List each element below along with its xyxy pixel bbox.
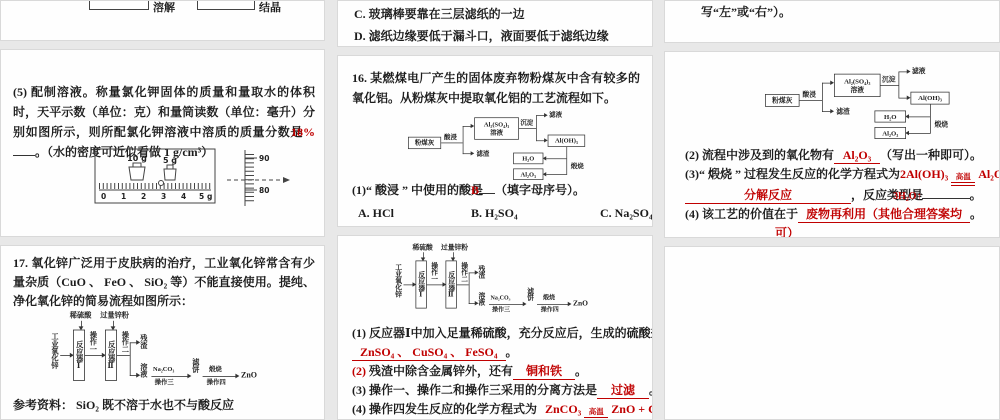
flow-line xyxy=(203,376,237,377)
q16-sub3-equation: 2Al(OH)₃高温Al₂O₃ + xyxy=(900,167,1000,181)
flow16-aloh-box: Al(OH)₃ xyxy=(911,92,950,105)
q16-sub3-overlap: 3H₂O↑ xyxy=(893,191,922,202)
q16-option-b: B. H₂SO₄ xyxy=(471,204,518,223)
weight-10g-knob xyxy=(133,163,141,167)
flow17-op2: 操作二 xyxy=(461,262,468,282)
slide-left-top: 溶解 结晶 xyxy=(0,0,325,41)
flow-line xyxy=(463,126,464,154)
q17-sub2-text: 残渣中除含金属锌外，还有 xyxy=(366,364,513,378)
meniscus-arrowhead xyxy=(283,177,290,183)
flow17-op3: 操作三 xyxy=(492,307,510,313)
flow17-op1: 操作一 xyxy=(89,331,96,353)
weight-10g-body xyxy=(129,167,145,180)
flow17-diagram: 稀硫酸 过量锌粉 工业氧化锌 反应器Ⅰ 操作一 反应器Ⅱ 操作二 残渣 溶液 N… xyxy=(49,312,297,392)
q17-sub1-answer: ZnSO₄ 、 CuSO₄ 、 FeSO₄ xyxy=(352,345,506,361)
flow16-residue: 滤渣 xyxy=(836,108,850,115)
flow17-reactor1: 反应器Ⅰ xyxy=(73,330,85,381)
q17-sub3: (3) 操作一、操作二和操作三采用的分离方法是过滤。 xyxy=(352,381,653,400)
flow-line xyxy=(546,174,566,175)
q16-sub4-answer2: 可） xyxy=(775,226,799,238)
reaction-condition: 高温 xyxy=(584,408,608,420)
arrowhead-right xyxy=(523,302,527,307)
q17-sub3-end: 。 xyxy=(649,383,653,397)
flow17-input: 工业氧化锌 xyxy=(395,264,402,298)
q16-sub2: (2) 流程中涉及到的氧化物有Al₂O₃（写出一种即可）。 xyxy=(685,146,982,165)
flow16-diagram: 粉煤灰 酸浸 滤渣 Al₂(SO₄)₃ 溶液 沉淀 滤液 Al(OH)₃ H₂O… xyxy=(408,108,631,180)
flow16-sol-line1: Al₂(SO₄)₃ xyxy=(844,77,870,85)
flow16-sol-line2: 溶液 xyxy=(490,129,503,137)
ruler-0: 0 xyxy=(101,192,106,201)
question-17: 17. 氧化锌广泛用于皮肤病的治疗，工业氧化锌常含有少量杂质（CuO 、 FeO… xyxy=(13,254,315,311)
arrowhead-right xyxy=(568,302,572,307)
flow16-leach: 酸浸 xyxy=(444,134,457,140)
flow-line xyxy=(117,355,130,356)
ruler-unit: g xyxy=(207,192,212,201)
flow-box-cut-2 xyxy=(197,0,255,10)
q17-sub1-line1: (1) 反应器Ⅰ中加入足量稀硫酸，充分反应后，生成的硫酸盐的化学式为 xyxy=(352,324,653,343)
flow16-calcine: 煅烧 xyxy=(571,163,584,169)
ruler-1: 1 xyxy=(121,192,126,201)
flow-line xyxy=(427,285,444,286)
flow-line xyxy=(881,85,899,86)
flow17-op4: 操作四 xyxy=(541,307,559,313)
arrowhead-right xyxy=(187,374,191,379)
q17-sub2-num: (2) xyxy=(352,364,366,378)
flow17-residue: 残渣 xyxy=(139,334,146,348)
q16-sub2-tail: （写出一种即可）。 xyxy=(880,148,982,162)
flow17-reagent: Na₂CO₃ xyxy=(153,366,174,372)
flow-line xyxy=(151,376,188,377)
slide-right-bottom xyxy=(664,246,1000,420)
flow17-reactor2: 反应器Ⅱ xyxy=(446,261,457,309)
q16-sub3-line2: 分解反应，反应类型是3H₂O↑。 xyxy=(685,185,982,206)
q5-blank xyxy=(13,142,35,156)
flow-line xyxy=(899,72,900,99)
q16-sub3-blank xyxy=(922,185,970,199)
flow16-precip: 沉淀 xyxy=(882,76,896,83)
flow16-input: 粉煤灰 xyxy=(408,137,441,149)
flow16-filtrate: 滤液 xyxy=(912,68,926,75)
flow17-label-zinc: 过量锌粉 xyxy=(441,244,468,251)
flow17-residue: 残渣 xyxy=(478,265,485,279)
flow16-sol-line2: 溶液 xyxy=(850,85,864,93)
flow17-op2: 操作二 xyxy=(121,331,128,353)
flow16-filtrate: 滤液 xyxy=(549,112,562,118)
ruler-3: 3 xyxy=(161,192,166,201)
flow17-label-acid: 稀硫酸 xyxy=(70,312,92,319)
q16-sub3-answer2: 分解反应 xyxy=(685,188,851,204)
q16-sub1: (1)“ 酸浸 ” 中使用的酸是B（填字母序号）。 xyxy=(352,180,585,200)
flow17-cake: 滤饼 xyxy=(191,358,198,372)
flow17-product: ZnO xyxy=(573,300,588,308)
q16-sub1-answer: B xyxy=(471,183,479,197)
q5-text: (5) 配制溶液。称量氯化钾固体的质量和量取水的体积时，天平示数（单位：克）和量… xyxy=(13,85,315,139)
reference-note: 参考资料： SiO₂ 既不溶于水也不与酸反应 xyxy=(13,396,234,415)
flow17-op1: 操作一 xyxy=(431,262,438,282)
flow-line xyxy=(566,147,567,175)
arrowhead-right xyxy=(544,113,548,117)
q16-sub4-line1: (4) 该工艺的价值在于废物再利用（其他合理答案均。 xyxy=(685,205,982,224)
flow17-reagent: Na₂CO₃ xyxy=(491,295,511,301)
flow-line xyxy=(822,83,823,112)
q17-sub1-end: 。 xyxy=(506,345,518,359)
flow16-diagram-2: 粉煤灰 酸浸 滤渣 Al₂(SO₄)₃ 溶液 沉淀 滤液 Al(OH)₃ H₂O… xyxy=(765,64,998,139)
previous-question-tail: 写“左”或“右”）。 xyxy=(701,3,791,22)
flow17-input: 工业氧化锌 xyxy=(51,333,58,369)
q16-sub4-text: (4) 该工艺的价值在于 xyxy=(685,207,798,221)
q17-sub4: (4) 操作四发生反应的化学方程式为ZnCO₃高温ZnO + CO₂↑。 xyxy=(352,400,653,420)
q5-answer: 18% xyxy=(291,125,315,139)
equation-left: 2Al(OH)₃ xyxy=(900,167,948,181)
flow-box-cut-1 xyxy=(89,0,149,10)
slide-right-middle: 粉煤灰 酸浸 滤渣 Al₂(SO₄)₃ 溶液 沉淀 滤液 Al(OH)₃ H₂O… xyxy=(664,51,1000,238)
option-d: D. 滤纸边缘要低于漏斗口，液面要低于滤纸边缘 xyxy=(354,27,609,46)
ruler-2: 2 xyxy=(141,192,146,201)
flow-line xyxy=(130,342,131,376)
flow-line xyxy=(909,133,930,134)
flow17-label-zinc: 过量锌粉 xyxy=(100,312,129,319)
flow17-solution: 溶液 xyxy=(478,292,485,306)
flow17-op3: 操作三 xyxy=(155,379,174,385)
flow17-reactor2: 反应器Ⅱ xyxy=(105,330,117,381)
q16-sub3-end: 。 xyxy=(970,188,982,202)
q17-sub4-text: (4) 操作四发生反应的化学方程式为 xyxy=(352,402,537,416)
rider-marker xyxy=(159,181,164,186)
slide-left-bottom: 17. 氧化锌广泛用于皮肤病的治疗，工业氧化锌常含有少量杂质（CuO 、 FeO… xyxy=(0,245,325,420)
q17-sub4-answer: ZnCO₃高温ZnO + CO₂↑ xyxy=(537,402,653,420)
arrowhead-right xyxy=(471,151,475,155)
cylinder-80-label: 80 xyxy=(259,186,269,195)
q17-sub3-text: (3) 操作一、操作二和操作三采用的分离方法是 xyxy=(352,383,597,397)
flow-line xyxy=(909,117,930,118)
slide-left-middle: (5) 配制溶液。称量氯化钾固体的质量和量取水的体积时，天平示数（单位：克）和量… xyxy=(0,49,325,237)
flow-line xyxy=(85,355,103,356)
arrowhead-right xyxy=(235,374,239,379)
ruler-4: 4 xyxy=(181,192,186,201)
flow16-residue: 滤渣 xyxy=(476,150,489,156)
q17-sub2-end: 。 xyxy=(575,364,587,378)
q17-sub2: (2) 残渣中除含金属锌外，还有铜和铁。 xyxy=(352,362,587,381)
equation-right: ZnO + CO₂↑ xyxy=(611,402,653,416)
q17-sub2-answer: 铜和铁 xyxy=(513,364,575,380)
q16-option-a: A. HCl xyxy=(358,204,394,223)
q17-sub1-line2: ZnSO₄ 、 CuSO₄ 、 FeSO₄。 xyxy=(352,343,518,362)
q16-sub3-text: (3)“ 煅烧 ” 过程发生反应的化学方程式为 xyxy=(685,167,900,181)
q16-sub2-answer: Al₂O₃ xyxy=(834,148,880,164)
balance-and-cylinder-figure: 10 g 5 g 0 1 2 3 4 5 g 90 80 xyxy=(87,146,322,210)
flow17-product: ZnO xyxy=(241,372,257,380)
flow-line xyxy=(930,105,931,134)
q16-option-c: C. Na₂SO₄ xyxy=(600,204,653,223)
arrowhead-right xyxy=(907,69,911,74)
flow-line xyxy=(441,143,463,144)
flow17-calcine: 煅烧 xyxy=(209,366,222,372)
q16-sub3-line1: (3)“ 煅烧 ” 过程发生反应的化学方程式为2Al(OH)₃高温Al₂O₃ + xyxy=(685,165,1000,186)
crystallize-label: 结晶 xyxy=(259,0,281,18)
balance-pan-outline xyxy=(95,149,215,203)
flow-line xyxy=(546,158,566,159)
flow16-solution-box: Al₂(SO₄)₃ 溶液 xyxy=(834,74,881,97)
flow17-label-acid: 稀硫酸 xyxy=(413,244,433,251)
flow16-h2o-box: H₂O xyxy=(875,111,907,123)
flow-line xyxy=(536,115,537,141)
flow17-calcine: 煅烧 xyxy=(543,295,555,301)
equation-right: Al₂O₃ + xyxy=(978,167,1000,181)
flow17-solution: 溶液 xyxy=(139,363,146,377)
flow16-solution-box: Al₂(SO₄)₃ 溶液 xyxy=(474,117,519,139)
flow-line xyxy=(489,304,524,305)
option-c: C. 玻璃棒要靠在三层滤纸的一边 xyxy=(354,5,525,24)
dissolve-label: 溶解 xyxy=(153,0,175,18)
flow-line xyxy=(469,273,470,305)
flow16-calcine: 煅烧 xyxy=(935,121,949,128)
flow17-cake: 滤饼 xyxy=(527,288,534,302)
slide-right-top: 写“左”或“右”）。 xyxy=(664,0,1000,43)
q16-sub4-end: 。 xyxy=(970,207,982,221)
q16-sub1-text: (1)“ 酸浸 ” 中使用的酸是 xyxy=(352,183,483,197)
q16-sub4-answer: 废物再利用（其他合理答案均 xyxy=(798,207,970,223)
question-16: 16. 某燃煤电厂产生的固体废弃物粉煤灰中含有较多的氧化铝。从粉煤灰中提取氧化铝… xyxy=(352,68,640,108)
flow16-al2o3-box: Al₂O₃ xyxy=(513,168,543,180)
flow-line xyxy=(800,100,823,101)
flow17-reactor1: 反应器Ⅰ xyxy=(416,261,427,309)
arrowhead-right xyxy=(830,109,834,114)
flow-line xyxy=(537,304,569,305)
flow-line xyxy=(519,128,536,129)
slide-middle-bottom: 稀硫酸 过量锌粉 工业氧化锌 反应器Ⅰ 操作一 反应器Ⅱ 操作二 残渣 溶液 N… xyxy=(337,235,653,420)
weight-5g-knob xyxy=(167,165,173,169)
condition-text: 高温 xyxy=(584,408,608,416)
flow17-diagram-2: 稀硫酸 过量锌粉 工业氧化锌 反应器Ⅰ 操作一 反应器Ⅱ 操作二 残渣 溶液 N… xyxy=(393,244,626,319)
flow-line xyxy=(457,285,469,286)
reaction-condition: 高温 xyxy=(951,173,975,186)
flow16-al2o3-box: Al₂O₃ xyxy=(875,127,907,139)
weight-5g-label: 5 g xyxy=(163,156,177,165)
q16-sub4-line2: 可） xyxy=(775,224,799,238)
flow16-sol-line1: Al₂(SO₄)₃ xyxy=(484,121,509,129)
q16-sub2-text: (2) 流程中涉及到的氧化物有 xyxy=(685,148,834,162)
flow16-input: 粉煤灰 xyxy=(765,94,800,107)
cylinder-90-label: 90 xyxy=(259,154,269,163)
equation-left: ZnCO₃ xyxy=(545,402,581,416)
weight-5g-body xyxy=(164,169,176,180)
condition-lines xyxy=(584,417,608,420)
flow17-op4: 操作四 xyxy=(207,379,226,385)
flow16-leach: 酸浸 xyxy=(803,91,817,98)
flow16-h2o-box: H₂O xyxy=(513,153,543,165)
slide-middle-top: C. 玻璃棒要靠在三层滤纸的一边 D. 滤纸边缘要低于漏斗口，液面要低于滤纸边缘 xyxy=(337,0,653,47)
q16-sub1-blank xyxy=(479,180,495,194)
flow16-aloh-box: Al(OH)₃ xyxy=(548,135,585,147)
weight-10g-label: 10 g xyxy=(127,154,147,163)
q16-sub1-tail: （填字母序号）。 xyxy=(495,183,585,197)
flow16-precip: 沉淀 xyxy=(520,120,533,126)
condition-text: 高温 xyxy=(951,173,975,181)
ruler-5: 5 xyxy=(199,192,204,201)
q17-sub3-answer: 过滤 xyxy=(597,383,649,399)
slide-middle-middle: 16. 某燃煤电厂产生的固体废弃物粉煤灰中含有较多的氧化铝。从粉煤灰中提取氧化铝… xyxy=(337,55,653,227)
